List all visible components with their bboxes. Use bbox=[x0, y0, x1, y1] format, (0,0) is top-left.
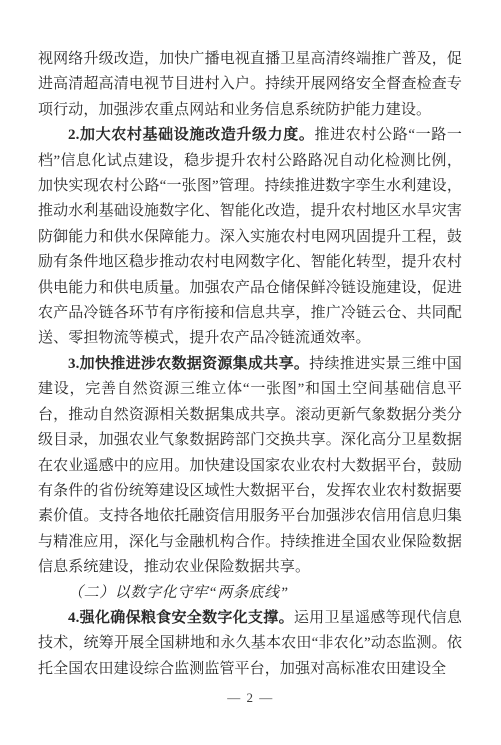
paragraph-item-2: 2.加大农村基础设施改造升级力度。推进农村公路“一路一档”信息化试点建设，稳步提… bbox=[38, 123, 462, 352]
paragraph-continuation: 视网络升级改造，加快广播电视直播卫星高清终端推广普及，促进高清超高清电视节目进村… bbox=[38, 47, 462, 123]
document-body: 视网络升级改造，加快广播电视直播卫星高清终端推广普及，促进高清超高清电视节目进村… bbox=[38, 47, 462, 682]
paragraph-lead: 4.强化确保粮食安全数字化支撑。 bbox=[68, 610, 294, 626]
subsection-heading-text: （二）以数字化守牢“两条底线” bbox=[68, 585, 289, 601]
paragraph-lead: 2.加大农村基础设施改造升级力度。 bbox=[68, 127, 315, 143]
page-number: — 2 — bbox=[0, 690, 501, 706]
document-page: 视网络升级改造，加快广播电视直播卫星高清终端推广普及，促进高清超高清电视节目进村… bbox=[0, 0, 501, 745]
paragraph-text: 推进农村公路“一路一档”信息化试点建设，稳步提升农村公路路况自动化检测比例，加快… bbox=[38, 127, 462, 346]
paragraph-lead: 3.加快推进涉农数据资源集成共享。 bbox=[68, 356, 309, 372]
paragraph-text: 持续推进实景三维中国建设，完善自然资源三维立体“一张图”和国土空间基础信息平台，… bbox=[38, 356, 462, 575]
paragraph-item-3: 3.加快推进涉农数据资源集成共享。持续推进实景三维中国建设，完善自然资源三维立体… bbox=[38, 352, 462, 581]
subsection-heading: （二）以数字化守牢“两条底线” bbox=[38, 581, 462, 606]
paragraph-item-4: 4.强化确保粮食安全数字化支撑。运用卫星遥感等现代信息技术，统筹开展全国耕地和永… bbox=[38, 606, 462, 682]
paragraph-text: 视网络升级改造，加快广播电视直播卫星高清终端推广普及，促进高清超高清电视节目进村… bbox=[38, 51, 462, 118]
